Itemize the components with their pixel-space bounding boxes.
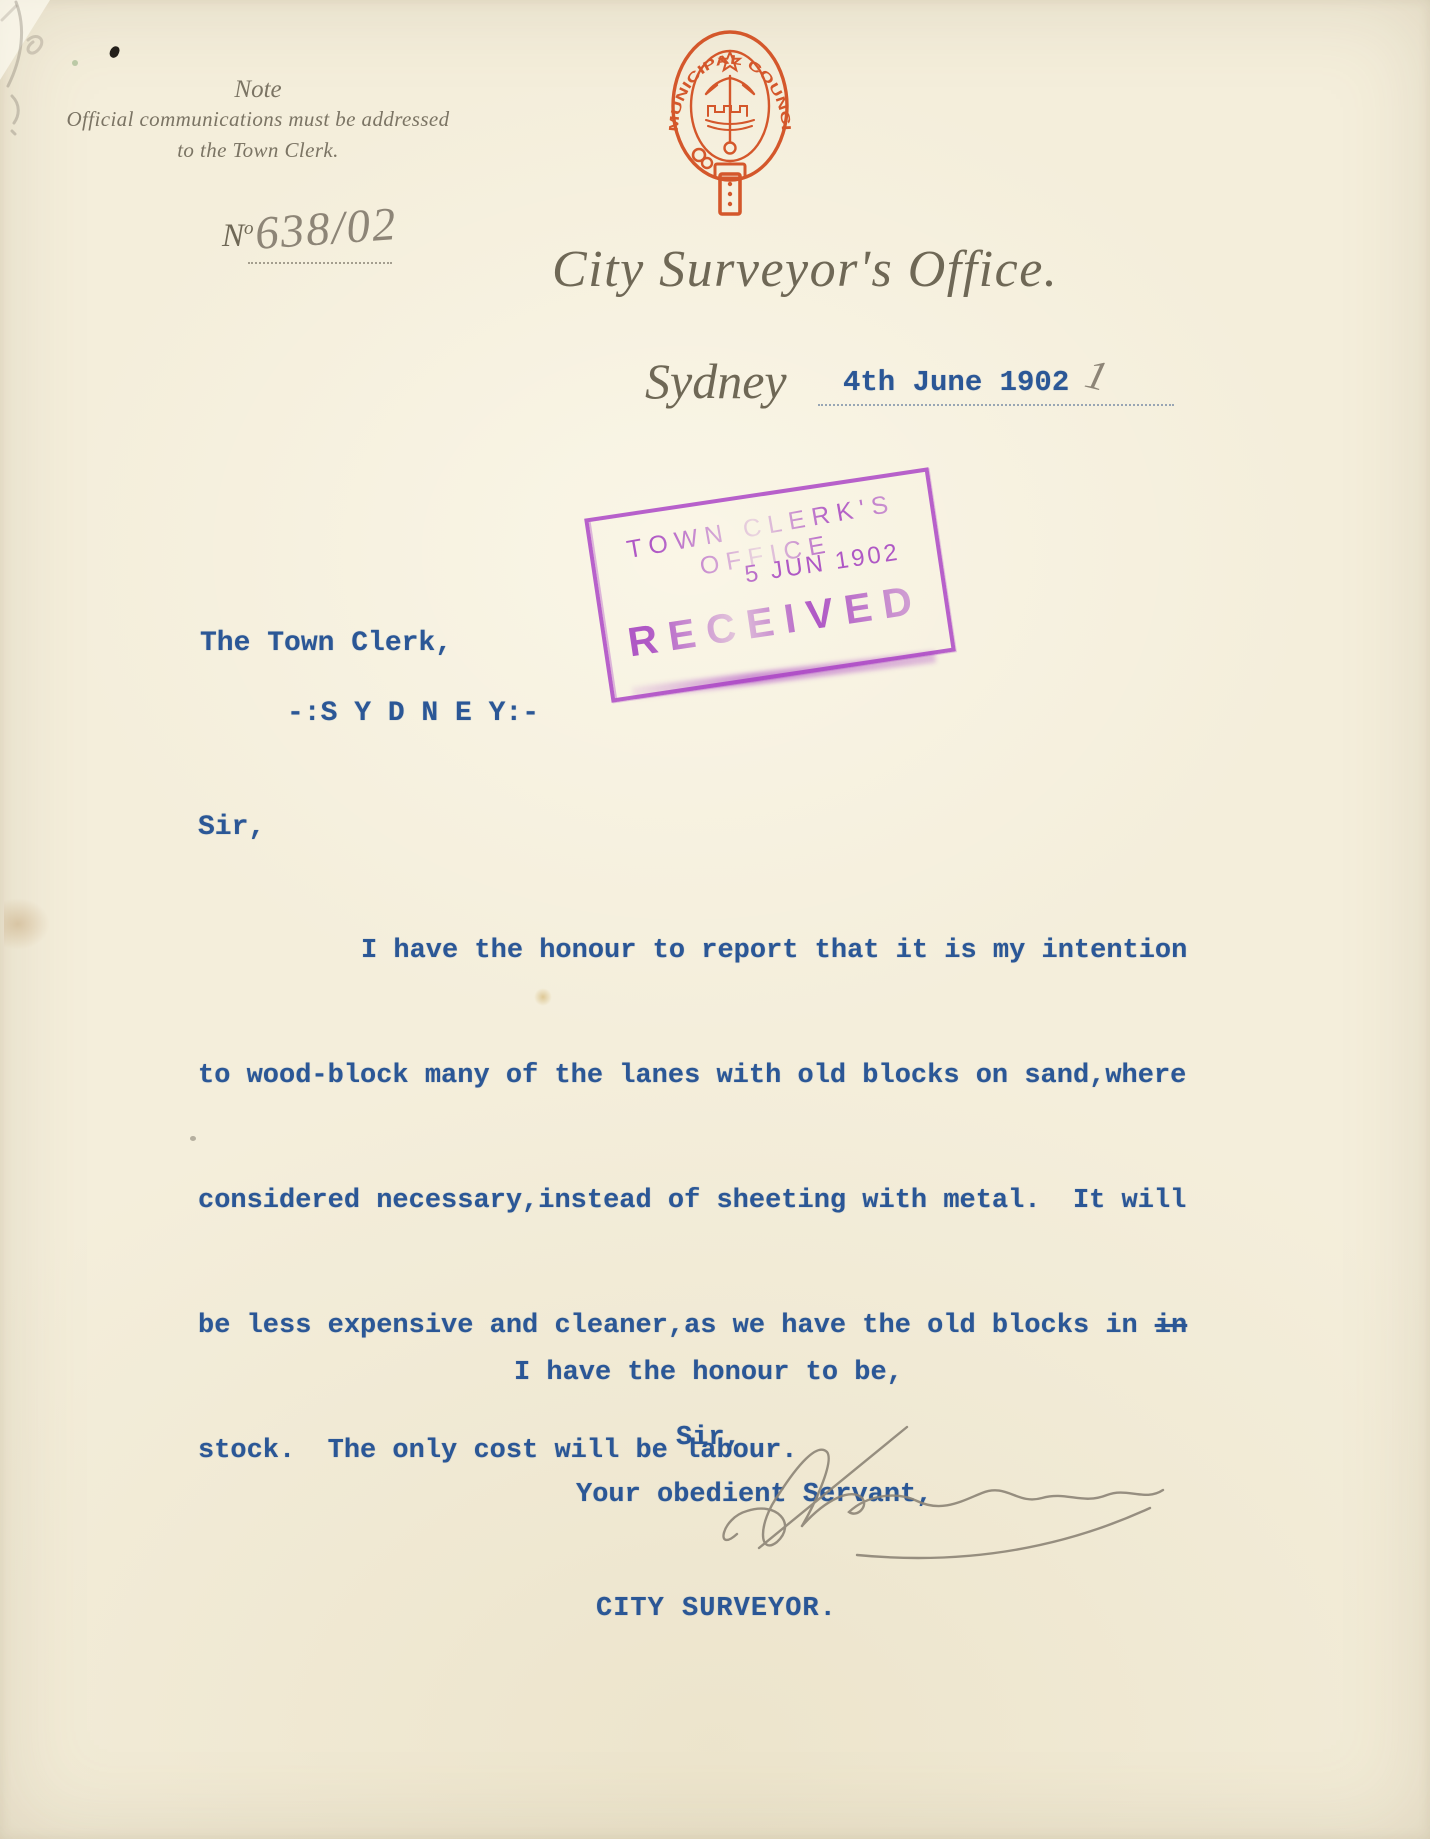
municipal-crest: MUNICIPAL COUNCIL · SYDNEY xyxy=(654,22,806,218)
signature xyxy=(715,1412,1185,1587)
anchor-icon xyxy=(706,76,754,154)
received-stamp: TOWN CLERK'S OFFICE 5 JUN 1902 RECEIVED xyxy=(584,467,956,702)
letter-date: 4th June 1902 xyxy=(843,366,1069,399)
salutation: Sir, xyxy=(198,812,265,843)
closing-line: I have the honour to be, xyxy=(514,1358,903,1388)
paper-spot xyxy=(534,988,552,1006)
signature-title: CITY SURVEYOR. xyxy=(596,1594,837,1624)
office-title: City Surveyor's Office. xyxy=(552,240,1058,299)
recipient-city: -:S Y D N E Y:- xyxy=(287,698,539,729)
note-line: to the Town Clerk. xyxy=(38,135,478,166)
letterhead-note: Note Official communications must be add… xyxy=(38,76,478,166)
strap-holes xyxy=(728,182,732,206)
green-speck xyxy=(72,60,78,66)
struck-word: in xyxy=(1155,1311,1187,1341)
note-line: Official communications must be addresse… xyxy=(38,104,478,135)
body-line: to wood-block many of the lanes with old… xyxy=(198,1061,1228,1126)
ref-number: 638/02 xyxy=(253,197,399,261)
body-line: considered necessary,instead of sheeting… xyxy=(198,1186,1228,1251)
recipient-line: The Town Clerk, xyxy=(200,628,452,659)
body-line: I have the honour to report that it is m… xyxy=(198,936,1228,1001)
place-name: Sydney xyxy=(645,352,787,410)
body-line-text: be less expensive and cleaner,as we have… xyxy=(198,1311,1138,1341)
paper-stain xyxy=(4,898,50,950)
letter-page: Note Official communications must be add… xyxy=(0,0,1430,1839)
note-title: Note xyxy=(38,76,478,104)
ref-n: N xyxy=(222,218,244,254)
crest-motto-text: MUNICIPAL COUNCIL · SYDNEY xyxy=(654,22,794,132)
crest-motto: MUNICIPAL COUNCIL · SYDNEY xyxy=(654,22,794,132)
paper-speck xyxy=(190,1136,196,1141)
